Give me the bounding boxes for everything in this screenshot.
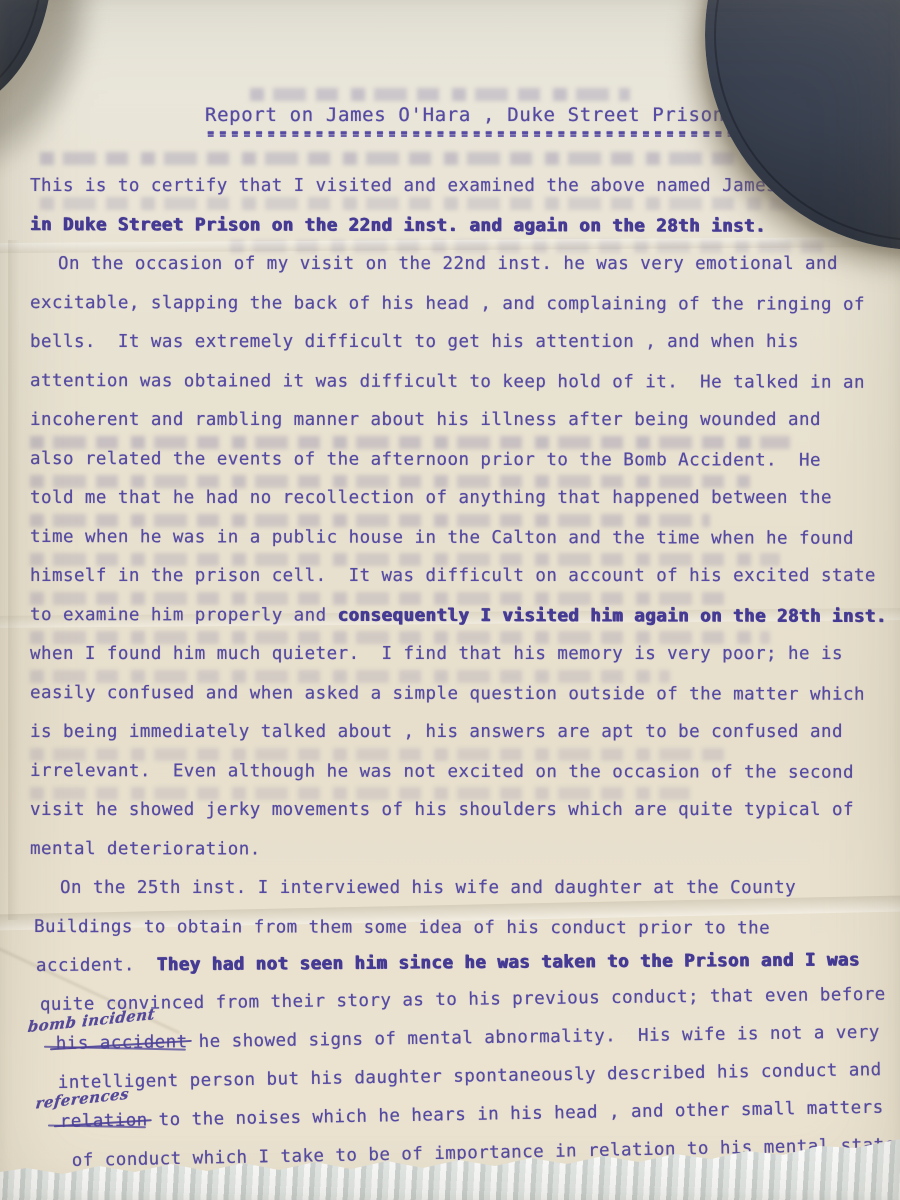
text-run: accident.	[36, 955, 157, 976]
text-run: time when he was in a public house in th…	[30, 527, 854, 549]
document-line: in Duke Street Prison on the 22nd inst. …	[30, 215, 900, 256]
document-line: to examine him properly and consequently…	[30, 605, 900, 646]
text-run: On the 25th inst. I interviewed his wife…	[60, 878, 796, 898]
text-run: told me that he had no recollection of a…	[30, 488, 832, 508]
document-line: told me that he had no recollection of a…	[30, 488, 900, 527]
document-line: incoherent and rambling manner about his…	[30, 410, 900, 449]
struck-text: relationreferences	[60, 1110, 148, 1132]
leather-weight-top-left	[0, 0, 52, 118]
struck-text: his accidentbomb incident	[56, 1032, 188, 1054]
document-line: bells. It was extremely difficult to get…	[30, 332, 900, 371]
photographed-document-page: Report on James O'Hara , Duke Street Pri…	[0, 0, 900, 1200]
text-run: excitable, slapping the back of his head…	[30, 293, 865, 315]
text-run: Buildings to obtain from them some idea …	[34, 917, 770, 939]
document-line: On the occasion of my visit on the 22nd …	[30, 254, 900, 293]
text-run: attention was obtained it was difficult …	[30, 371, 865, 393]
text-run: easily confused and when asked a simple …	[30, 683, 865, 705]
text-run: irrelevant. Even although he was not exc…	[30, 761, 854, 783]
document-line: also related the events of the afternoon…	[30, 449, 900, 490]
document-line: irrelevant. Even although he was not exc…	[30, 761, 900, 802]
document-line: easily confused and when asked a simple …	[30, 683, 900, 724]
text-run: This is to certify that I visited and ex…	[30, 176, 854, 196]
text-run: in Duke Street Prison on the 22nd inst. …	[30, 215, 766, 237]
document-line: time when he was in a public house in th…	[30, 527, 900, 568]
text-run: consequently I visited him again on the …	[338, 606, 887, 627]
title-underline: ----------------------------------------…	[205, 121, 749, 143]
document-line: when I found him much quieter. I find th…	[30, 644, 900, 683]
document-line: attention was obtained it was difficult …	[30, 371, 900, 412]
text-run: is being immediately talked about , his …	[30, 722, 843, 742]
document-line: excitable, slapping the back of his head…	[30, 293, 900, 334]
document-line: is being immediately talked about , his …	[30, 722, 900, 761]
ghost-text-bleedthrough	[250, 88, 630, 101]
text-run: visit he showed jerky movements of his s…	[30, 800, 854, 820]
text-run: to examine him properly and	[30, 605, 338, 626]
text-run: bells. It was extremely difficult to get…	[30, 332, 799, 352]
text-run: mental deterioration.	[30, 839, 261, 859]
document-line: himself in the prison cell. It was diffi…	[30, 566, 900, 605]
document-line: On the 25th inst. I interviewed his wife…	[32, 878, 900, 917]
document-line: visit he showed jerky movements of his s…	[30, 800, 900, 839]
text-run: They had not seen him since he was taken…	[157, 950, 860, 975]
document-line: mental deterioration.	[30, 839, 900, 880]
document-body: This is to certify that I visited and ex…	[0, 176, 900, 1190]
text-run: also related the events of the afternoon…	[30, 449, 821, 471]
ghost-text-bleedthrough	[40, 152, 840, 165]
text-run: On the occasion of my visit on the 22nd …	[58, 254, 838, 274]
text-run: himself in the prison cell. It was diffi…	[30, 566, 876, 586]
text-run: incoherent and rambling manner about his…	[30, 410, 821, 430]
text-run: when I found him much quieter. I find th…	[30, 644, 843, 664]
